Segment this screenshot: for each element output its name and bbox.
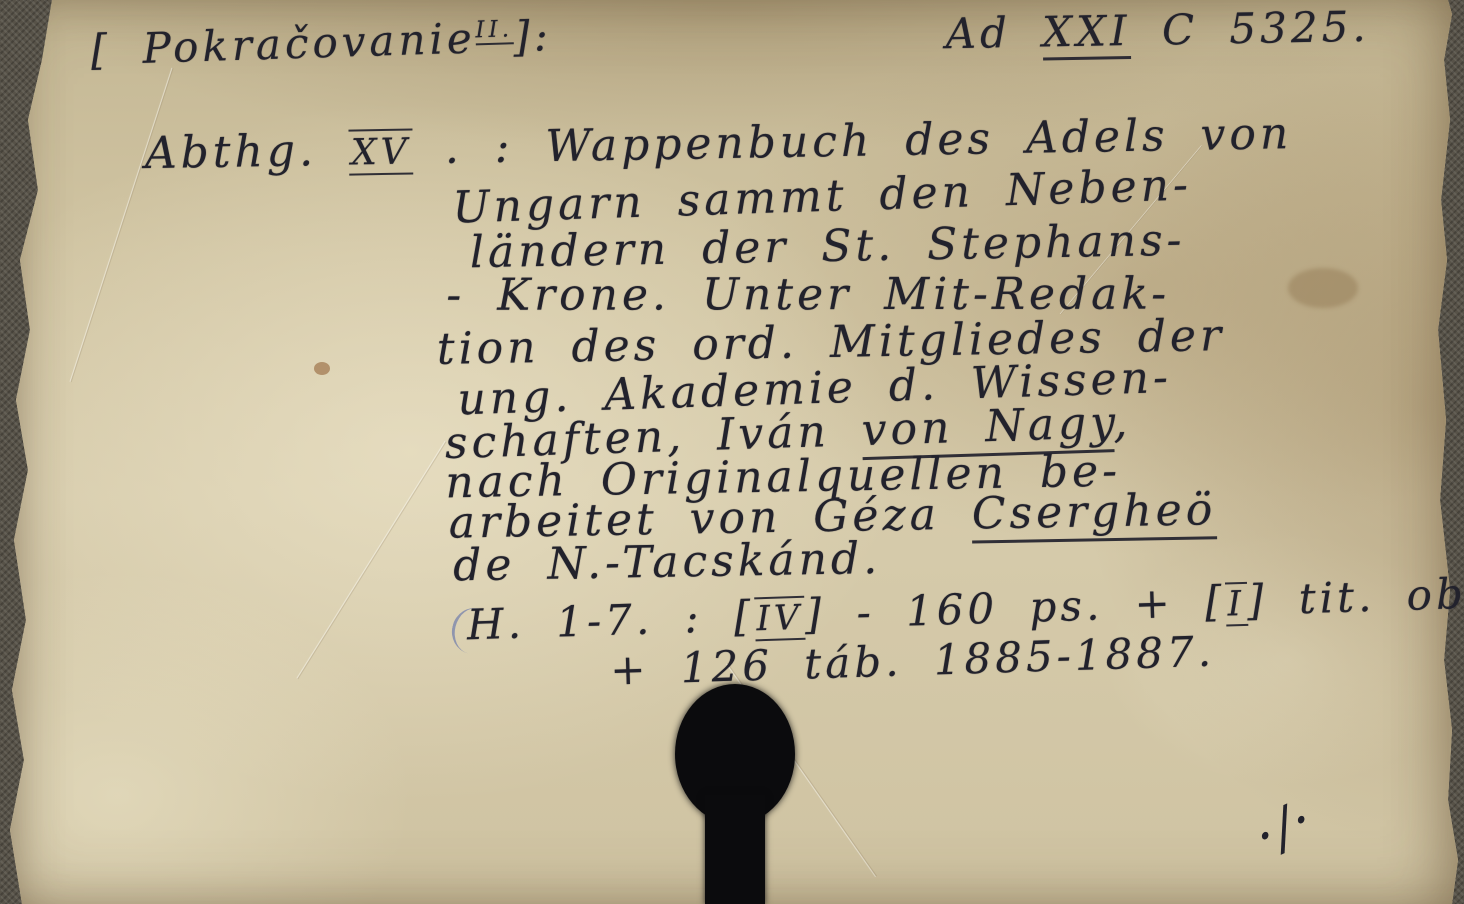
section-roman-numeral: XV [349, 128, 414, 175]
shelfmark-roman: XXI [1042, 6, 1131, 61]
continuation-roman: II. [475, 16, 513, 45]
collation-roman-i: I [1225, 582, 1248, 627]
shelfmark-prefix: Ad [945, 8, 1011, 58]
title-line-10: de N.-Tacskánd. [453, 533, 882, 591]
collation-text-1: H. 1-7. : [ [466, 591, 755, 649]
continuation-note: [ PokračovanieII.]: [90, 11, 553, 74]
author-name-csergheo: Csergheö [971, 484, 1216, 543]
shelfmark: Ad XXI C 5325. [945, 2, 1370, 58]
continuation-close: ]: [512, 11, 552, 61]
punch-hole-slot [705, 795, 765, 904]
shelfmark-number: C 5325. [1162, 2, 1371, 55]
continuation-text: [ Pokračovanie [90, 13, 476, 74]
collation-text-3: ] tit. obr. + [1246, 566, 1464, 625]
collation-roman-iv: IV [754, 596, 806, 642]
title-line-7-comma: , [1112, 397, 1132, 449]
section-label: Abthg. [144, 125, 317, 179]
